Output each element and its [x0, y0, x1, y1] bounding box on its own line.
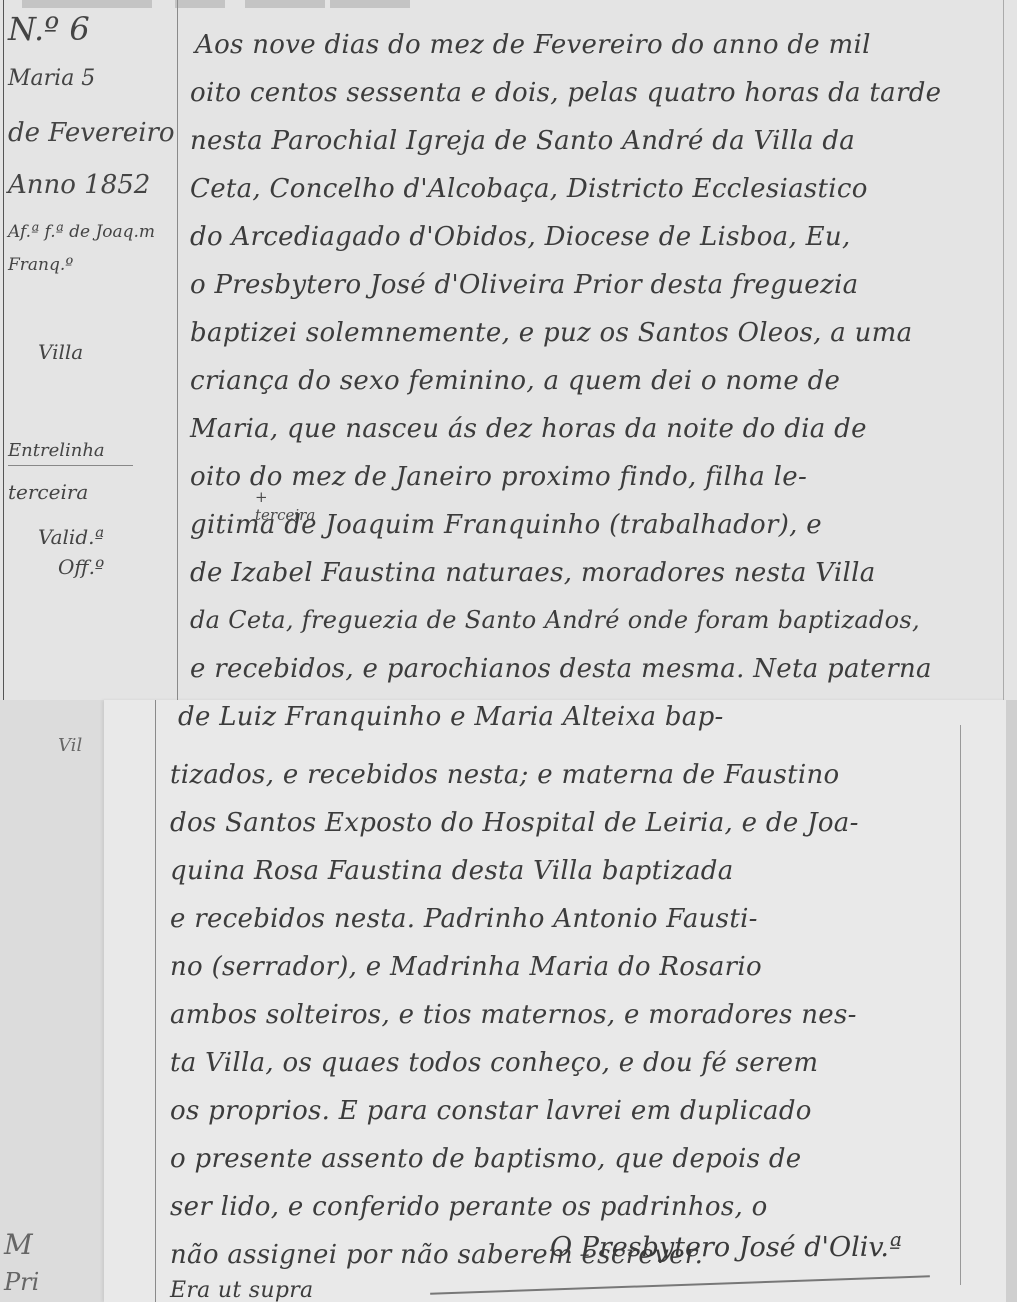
record-line: da Ceta, freguezia de Santo André onde f… — [190, 606, 920, 634]
margin-place: Villa — [38, 340, 83, 364]
record-line: ser lido, e conferido perante os padrinh… — [170, 1192, 768, 1222]
margin-divider — [8, 465, 133, 466]
right-page-edge — [1006, 700, 1017, 1302]
priest-signature: O Presbytero José d'Oliv.ª — [550, 1232, 902, 1263]
record-line: e recebidos, e parochianos desta mesma. … — [190, 654, 932, 684]
next-record-margin-fragment: M — [4, 1228, 33, 1261]
margin-name-day: Maria 5 — [8, 66, 95, 91]
record-line: ambos solteiros, e tios maternos, e mora… — [170, 1000, 857, 1030]
margin-rule-lower — [155, 700, 156, 1302]
scan-tab-mark — [175, 0, 225, 8]
record-line: tizados, e recebidos nesta; e materna de… — [170, 760, 839, 790]
margin-validation: Valid.ª — [38, 525, 104, 549]
margin-filiation: Af.ª f.ª de Joaq.m — [8, 222, 155, 242]
record-line: Aos nove dias do mez de Fevereiro do ann… — [195, 30, 871, 60]
record-line: oito centos sessenta e dois, pelas quatr… — [190, 78, 941, 108]
margin-initials: Off.º — [58, 555, 104, 579]
record-line: nesta Parochial Igreja de Santo André da… — [190, 126, 855, 156]
record-number: N.º 6 — [8, 10, 90, 48]
margin-month: de Fevereiro — [8, 118, 175, 148]
margin-year: Anno 1852 — [8, 170, 150, 200]
margin-fragment: Vil — [58, 735, 82, 756]
scan-tab-mark — [330, 0, 410, 8]
right-rule — [1003, 0, 1004, 700]
record-line: gitima de Joaquim Franquinho (trabalhado… — [190, 510, 822, 540]
scan-tab-mark — [22, 0, 152, 8]
record-line: no (serrador), e Madrinha Maria do Rosar… — [170, 952, 762, 982]
record-line: os proprios. E para constar lavrei em du… — [170, 1096, 812, 1126]
record-line-closing: Era ut supra — [170, 1278, 313, 1302]
record-line: Ceta, Concelho d'Alcobaça, Districto Ecc… — [190, 174, 868, 204]
record-line: o presente assento de baptismo, que depo… — [170, 1144, 801, 1174]
record-line-continued: de Luiz Franquinho e Maria Alteixa bap- — [178, 702, 724, 732]
margin-correction-word: terceira — [8, 480, 88, 504]
record-line: Maria, que nasceu ás dez horas da noite … — [190, 414, 867, 444]
scan-tab-mark — [245, 0, 325, 8]
record-line: de Izabel Faustina naturaes, moradores n… — [190, 558, 876, 588]
page-edge-rule — [3, 0, 4, 700]
record-line: dos Santos Exposto do Hospital de Leiria… — [170, 808, 859, 838]
record-line: e recebidos nesta. Padrinho Antonio Faus… — [170, 904, 758, 934]
record-line: baptizei solemnemente, e puz os Santos O… — [190, 318, 912, 348]
margin-surname: Franq.º — [8, 255, 73, 275]
next-record-margin-fragment: Pri — [4, 1268, 39, 1296]
record-line: o Presbytero José d'Oliveira Prior desta… — [190, 270, 858, 300]
left-page-edge — [0, 700, 104, 1302]
right-rule-lower — [960, 725, 961, 1285]
record-line: quina Rosa Faustina desta Villa baptizad… — [170, 856, 734, 886]
record-line: do Arcediagado d'Obidos, Diocese de Lisb… — [190, 222, 851, 252]
margin-correction-note: Entrelinha — [8, 440, 105, 461]
margin-rule — [177, 0, 178, 700]
record-line: criança do sexo feminino, a quem dei o n… — [190, 366, 840, 396]
record-line: ta Villa, os quaes todos conheço, e dou … — [170, 1048, 818, 1078]
